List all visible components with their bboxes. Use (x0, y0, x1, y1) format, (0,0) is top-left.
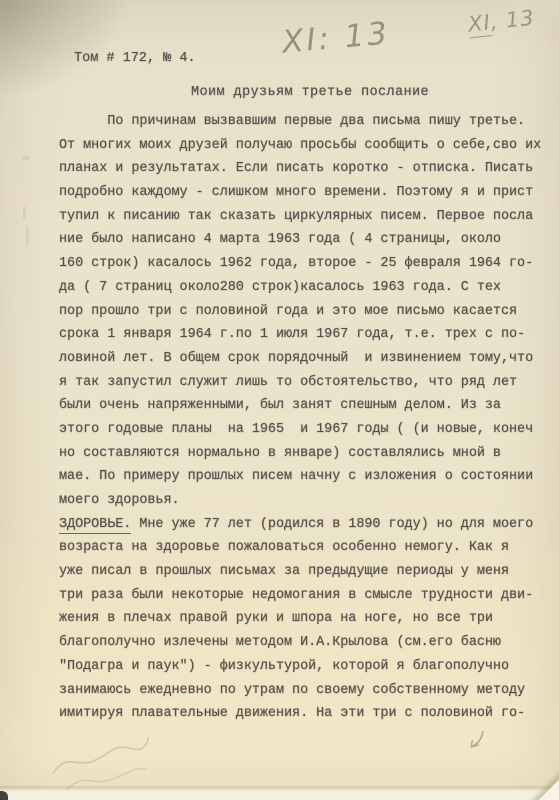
pencil-annotation-center: XI: 13 (281, 15, 392, 60)
letter-title: Моим друзьям третье послание (191, 85, 429, 100)
typed-line: уже писал в прошлых письмах за предыдущи… (59, 560, 541, 584)
typed-line: тупил к писанию так сказать циркулярных … (59, 205, 541, 229)
volume-number-line: Том # 172, № 4. (74, 51, 196, 66)
typed-line: занимаюсь ежедневно по утрам по своему с… (59, 679, 541, 703)
typed-line: были очень напряженными, был занят спешн… (59, 394, 541, 418)
typed-body: По причинам вызвавшим первые два письма … (59, 110, 541, 726)
paper-bottom-edge (0, 786, 559, 800)
typed-line: благополучно излечены методом И.А.Крылов… (59, 631, 541, 655)
scanned-letter-page: Том # 172, № 4. XI: 13 XI, 13 Моим друзь… (0, 0, 559, 800)
pencil-annotation-corner-rest: , 13 (489, 6, 535, 34)
typed-line: 160 строк) касалось 1962 года, второе - … (59, 252, 541, 276)
bleedthrough-mark (22, 156, 30, 160)
typed-line: этого годовые планы на 1965 и 1967 годы … (59, 418, 541, 442)
typed-line: "Подагра и паук") - физкультурой, которо… (59, 655, 541, 679)
typed-line: но составляются нормально в январе) сост… (59, 442, 541, 466)
typed-line: По причинам вызвавшим первые два письма … (59, 110, 541, 134)
typed-line: ЗДОРОВЬЕ. Мне уже 77 лет (родился в 1890… (59, 513, 541, 537)
typed-line: жения в плечах правой руки и шпора на но… (59, 607, 541, 631)
paper-corner-curl (513, 760, 559, 800)
pencil-annotation-corner-main: XI (467, 10, 492, 38)
typed-line: ние было написано 4 марта 1963 года ( 4 … (59, 228, 541, 252)
health-section-heading: ЗДОРОВЬЕ. (59, 517, 131, 534)
bleedthrough-mark (26, 226, 29, 244)
typed-line: три раза были некоторые недомогания в см… (59, 584, 541, 608)
typed-line: пор прошло три с половиной года и это мо… (59, 300, 541, 324)
bleedthrough-mark (23, 206, 26, 220)
typed-line: мае. По примеру прошлых писем начну с из… (59, 465, 541, 489)
typed-line: да ( 7 страниц около280 строк)касалось 1… (59, 276, 541, 300)
typed-line: возраста на здоровье пожаловаться особен… (59, 536, 541, 560)
typed-line: имитируя плавательные движения. На эти т… (59, 702, 541, 726)
typed-line: моего здоровья. (59, 489, 541, 513)
typed-line: срока 1 января 1964 г.по 1 июля 1967 год… (59, 323, 541, 347)
typed-line: подробно каждому - слишком много времени… (59, 181, 541, 205)
typed-line: От многих моих друзей получаю просьбы со… (59, 134, 541, 158)
typed-line: ловиной лет. В общем срок порядочный и и… (59, 347, 541, 371)
typed-line: я так запустил служит лишь то обстоятель… (59, 371, 541, 395)
pencil-tick-icon (464, 728, 490, 754)
pencil-annotation-corner: XI, 13 (467, 6, 536, 37)
typed-line: планах и результатах. Если писать коротк… (59, 157, 541, 181)
